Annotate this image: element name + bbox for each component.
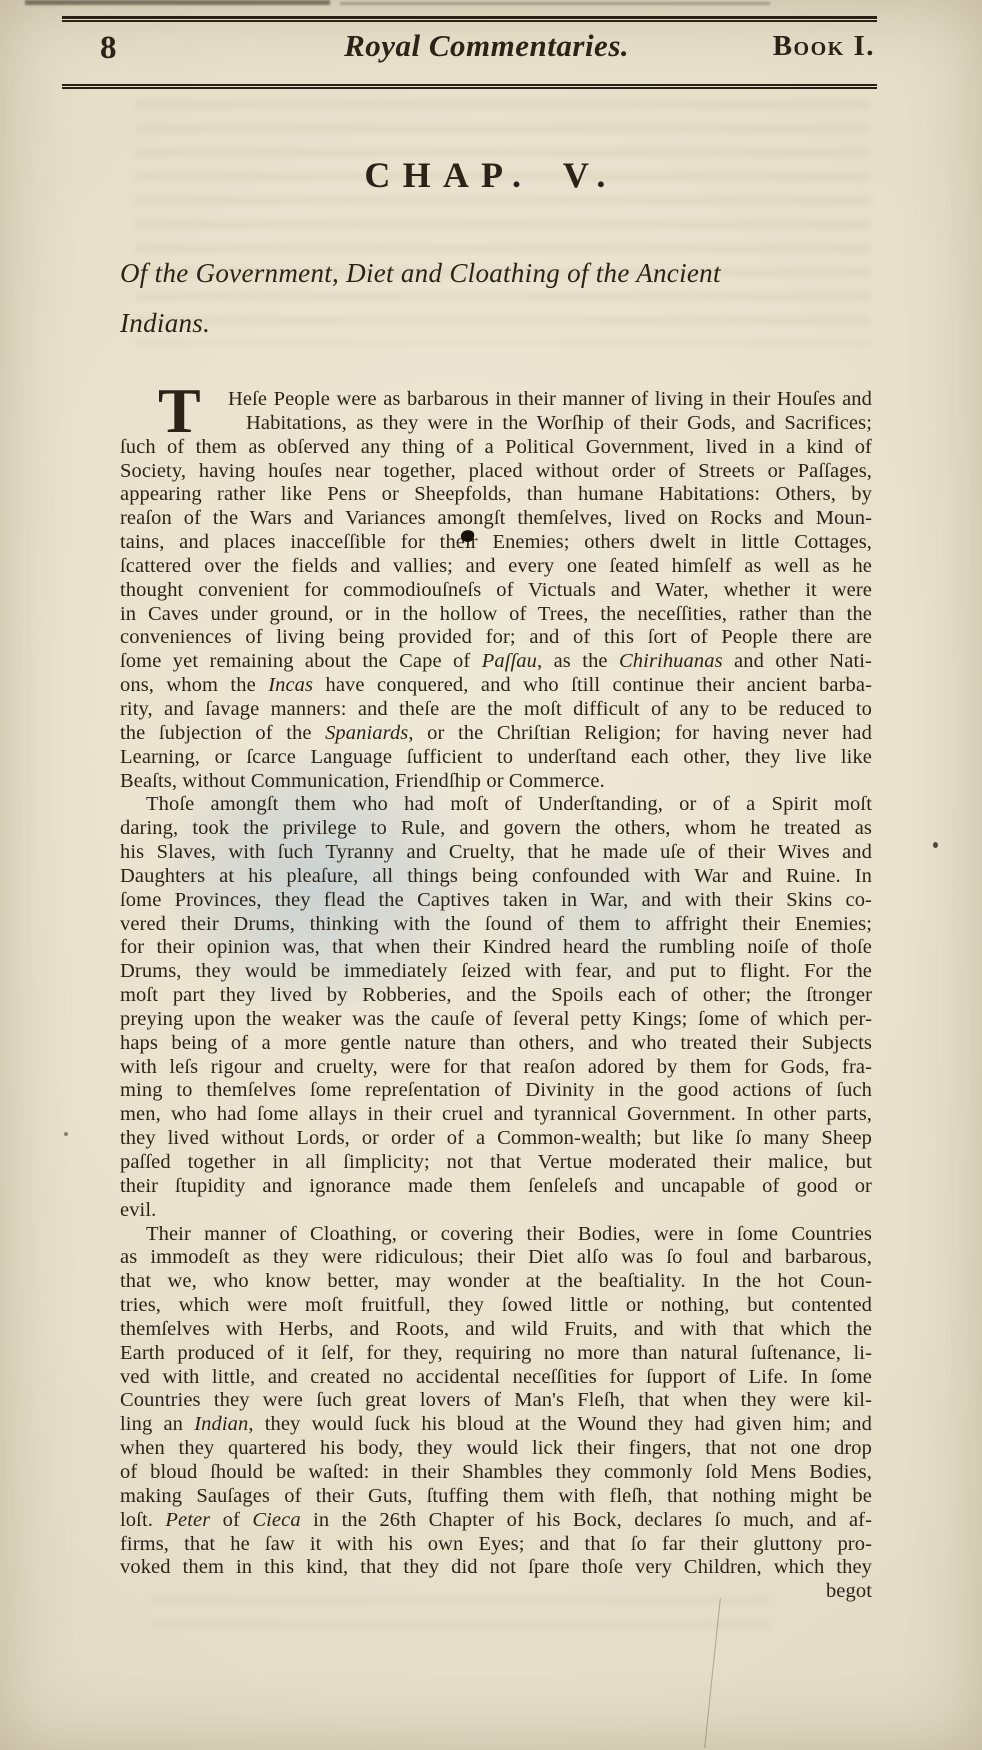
body-line: haps being of a more gentle nature than … [120,1032,872,1056]
chapter-title-line: Indians. [120,298,880,348]
body-line: firms, that he ſaw it with his own Eyes;… [120,1533,872,1557]
body-line: themſelves with Herbs, and Roots, and wi… [120,1318,872,1342]
body-line: moſt part they lived by Robberies, and t… [120,984,872,1008]
body-line: ling an Indian, they would ſuck his blou… [120,1413,872,1437]
scan-hairline [704,1598,721,1747]
body-line: paſſed together in all ſimplicity; not t… [120,1151,872,1175]
body-line: ſome yet remaining about the Cape of Paſ… [120,650,872,674]
body-line: his Slaves, with ſuch Tyranny and Cruelt… [120,841,872,865]
body-line: when they quartered his body, they would… [120,1437,872,1461]
body-line: Learning, or ſcarce Language ſufficient … [120,746,872,770]
body-line: making Sauſages of their Guts, ſtuffing … [120,1485,872,1509]
body-text: T Heſe People were as barbarous in their… [120,388,872,1604]
body-line: tries, which were moſt fruitfull, they ſ… [120,1294,872,1318]
ink-speck [933,842,938,848]
book-label: Book I. [773,30,875,63]
body-line: for their opinion was, that when their K… [120,936,872,960]
body-line: daring, took the privilege to Rule, and … [120,817,872,841]
body-line: vered their Drums, thinking with the ſou… [120,913,872,937]
body-line: rity, and ſavage manners: and theſe are … [120,698,872,722]
page-number: 8 [100,30,117,67]
body-line: that we, who know better, may wonder at … [120,1270,872,1294]
body-line: thought convenient for commodiouſneſs of… [120,579,872,603]
drop-cap: T [158,388,201,434]
body-line: their ſtupidity and ignorance made them … [120,1175,872,1199]
body-line: Daughters at his pleaſure, all things be… [120,865,872,889]
body-line: they lived without Lords, or order of a … [120,1127,872,1151]
body-line: voked them in this kind, that they did n… [120,1556,872,1580]
chapter-title-line: Of the Government, Diet and Cloathing of… [120,248,880,298]
body-line: Countries they were ſuch great lovers of… [120,1389,872,1413]
body-line: Society, having houſes near together, pl… [120,460,872,484]
body-line: Drums, they would be immediately ſeized … [120,960,872,984]
body-line: with leſs rigour and cruelty, were for t… [120,1056,872,1080]
running-head: 8 Royal Commentaries. Book I. [62,28,877,80]
top-rule [62,16,877,23]
body-line: in Caves under ground, or in the hollow … [120,603,872,627]
body-line: ons, whom the Incas have conquered, and … [120,674,872,698]
body-line: Heſe People were as barbarous in their m… [120,388,872,412]
body-line: Earth produced of it ſelf, for they, req… [120,1342,872,1366]
body-line: tains, and places inacceſſible for their… [120,531,872,555]
body-line: reaſon of the Wars and Variances amongſt… [120,507,872,531]
body-line: Beaſts, without Communication, Friendſhi… [120,770,872,794]
body-line: evil. [120,1199,872,1223]
body-line: ved with little, and created no accident… [120,1366,872,1390]
body-line: as immodeſt as they were ridiculous; the… [120,1246,872,1270]
body-line: the ſubjection of the Spaniards, or the … [120,722,872,746]
book-page-scan: 8 Royal Commentaries. Book I. CHAP. V. O… [0,0,982,1750]
body-line: Their manner of Cloathing, or covering t… [120,1223,872,1247]
body-line: ming to themſelves ſome repreſentation o… [120,1079,872,1103]
chapter-heading: CHAP. V. [0,154,982,196]
body-line: loſt. Peter of Cieca in the 26th Chapter… [120,1509,872,1533]
body-line: appearing rather like Pens or Sheepfolds… [120,483,872,507]
body-line: conveniences of living being provided fo… [120,626,872,650]
body-line: of bloud ſhould be waſted: in their Sham… [120,1461,872,1485]
body-line: ſcattered over the fields and vallies; a… [120,555,872,579]
ink-speck [64,1132,68,1136]
body-line: preying upon the weaker was the cauſe of… [120,1008,872,1032]
scan-edge-mark [340,2,770,5]
body-line: Thoſe amongſt them who had moſt of Under… [120,793,872,817]
scan-edge-mark [25,0,330,5]
catchword: begot [120,1580,872,1604]
body-line: ſome Provinces, they flead the Captives … [120,889,872,913]
body-line: ſuch of them as obſerved any thing of a … [120,436,872,460]
running-title: Royal Commentaries. [344,28,629,64]
body-line: Habitations, as they were in the Worſhip… [120,412,872,436]
header-rule [62,84,877,90]
chapter-title: Of the Government, Diet and Cloathing of… [120,248,880,348]
body-line: men, who had ſome allays in their cruel … [120,1103,872,1127]
